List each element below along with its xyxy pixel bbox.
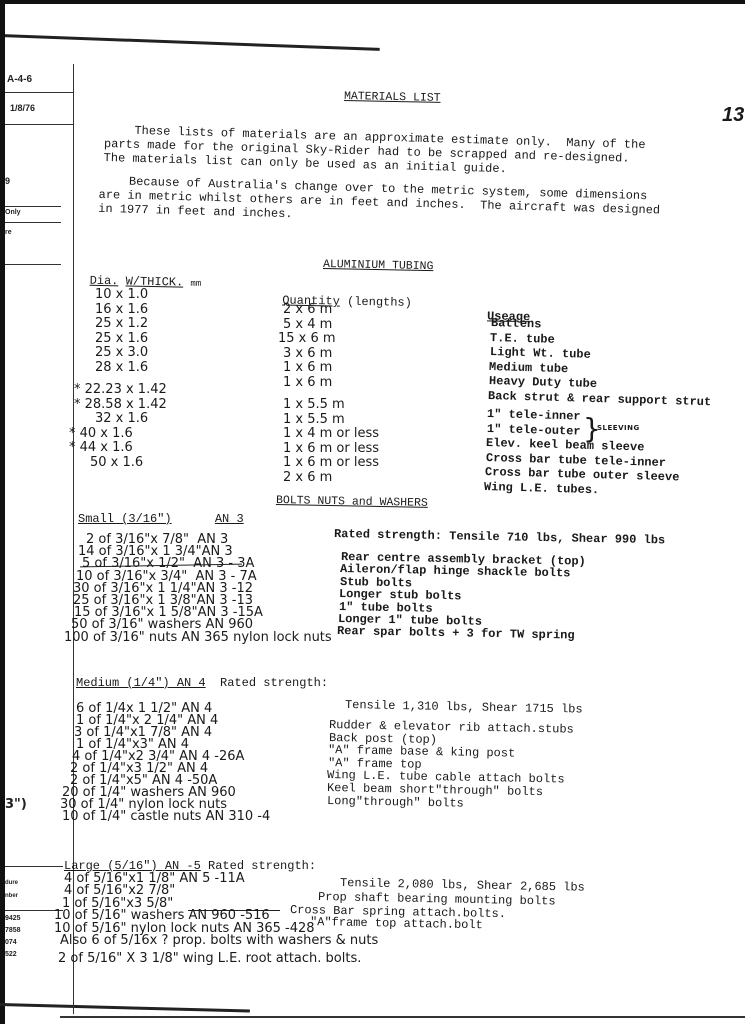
tube-size: 50 x 1.6 [90,456,143,470]
tube-size: 10 x 1.0 [95,288,148,302]
tube-quantity: 1 x 6 m [283,361,332,375]
page-number: 13 [722,104,744,127]
tube-size: * 40 x 1.6 [69,427,133,441]
margin-number: 074 [5,939,17,946]
tube-useage: Back strut & rear support strut [488,389,712,409]
tube-size: 28 x 1.6 [95,361,148,375]
tube-useage: Medium tube [489,360,569,376]
margin-fragment: 3") [5,797,27,812]
tube-useage: Light Wt. tube [490,345,591,362]
tube-size: * 22.23 x 1.42 [74,383,167,397]
margin-fragment: re [5,229,12,236]
tube-size: * 44 x 1.6 [69,441,133,455]
margin-date: 1/8/76 [10,103,35,113]
margin-rule [5,222,61,223]
tube-useage: 1" tele-inner [487,407,581,424]
margin-fragment: Only [5,209,21,216]
margin-fragment: nber [5,893,18,899]
margin-rule [5,206,61,207]
margin-number: 7858 [5,927,21,934]
tube-useage: Heavy Duty tube [488,374,596,391]
tube-size: 16 x 1.6 [95,303,148,317]
tube-size: 25 x 3.0 [95,346,148,360]
scan-edge-top [0,0,745,4]
medium-bolts-header: Medium (1/4") AN 4 Rated strength: [76,676,328,690]
bolt-item: Also 6 of 5/16x ? prop. bolts with washe… [60,934,378,948]
tube-useage: T.E. tube [490,331,555,347]
tube-quantity: 2 x 6 m [283,471,332,485]
bolt-use: Rear spar bolts + 3 for TW spring [337,624,575,643]
tube-useage: Battens [491,316,542,331]
tube-quantity: 5 x 4 m [283,318,332,332]
bolt-item: 2 of 5/16" X 3 1/8" wing L.E. root attac… [58,952,361,966]
scan-edge-slant [0,34,380,51]
section-heading-tubing: ALUMINIUM TUBING [323,258,434,274]
margin-fragment: dure [5,880,18,886]
margin-number: 9425 [5,915,21,922]
margin-rule [5,264,61,265]
tube-quantity: 3 x 6 m [283,347,332,361]
margin-rule [5,124,73,125]
section-heading-bolts: BOLTS NUTS and WASHERS [276,494,428,511]
tube-quantity: 15 x 6 m [278,332,336,346]
tube-size: 32 x 1.6 [95,412,148,426]
tube-quantity: 1 x 5.5 m [283,398,345,412]
bolt-item: 10 of 1/4" castle nuts AN 310 -4 [62,810,270,824]
page-title: MATERIALS LIST [344,90,441,106]
tube-quantity: 2 x 6 m [283,303,332,317]
medium-rated-strength: Tensile 1,310 lbs, Shear 1715 lbs [345,698,583,717]
margin-number: 522 [5,951,17,958]
bolt-use: Long"through" bolts [326,794,463,811]
scan-edge-bottom [60,1016,745,1018]
tube-useage: Wing L.E. tubes. [484,480,600,497]
scan-edge-bottom-slant [0,1003,250,1013]
margin-fragment: 9 [5,176,10,186]
tube-quantity: 1 x 6 m [283,376,332,390]
small-bolts-header: Small (3/16") AN 3 [78,512,244,526]
small-rated-strength: Rated strength: Tensile 710 lbs, Shear 9… [334,527,665,547]
tube-quantity: 1 x 6 m or less [283,456,379,470]
tube-size: * 28.58 x 1.42 [74,398,167,412]
margin-rule [5,866,63,867]
bolt-use: "A"frame top attach.bolt [310,915,483,932]
sleeving-note: SLEEVING [597,424,640,432]
tube-quantity: 1 x 4 m or less [283,427,379,441]
margin-rule [5,92,73,93]
tube-quantity: 1 x 5.5 m [283,413,345,427]
scan-edge-left [0,0,5,1024]
tube-size: 25 x 1.6 [95,332,148,346]
document-page: A-4-6 1/8/76 9 Only re 3") dure nber 942… [0,0,745,1024]
tube-size: 25 x 1.2 [95,317,148,331]
margin-doc-code: A-4-6 [7,74,32,85]
tube-quantity: 1 x 6 m or less [283,442,379,456]
bolt-item: 100 of 3/16" nuts AN 365 nylon lock nuts [64,631,332,645]
